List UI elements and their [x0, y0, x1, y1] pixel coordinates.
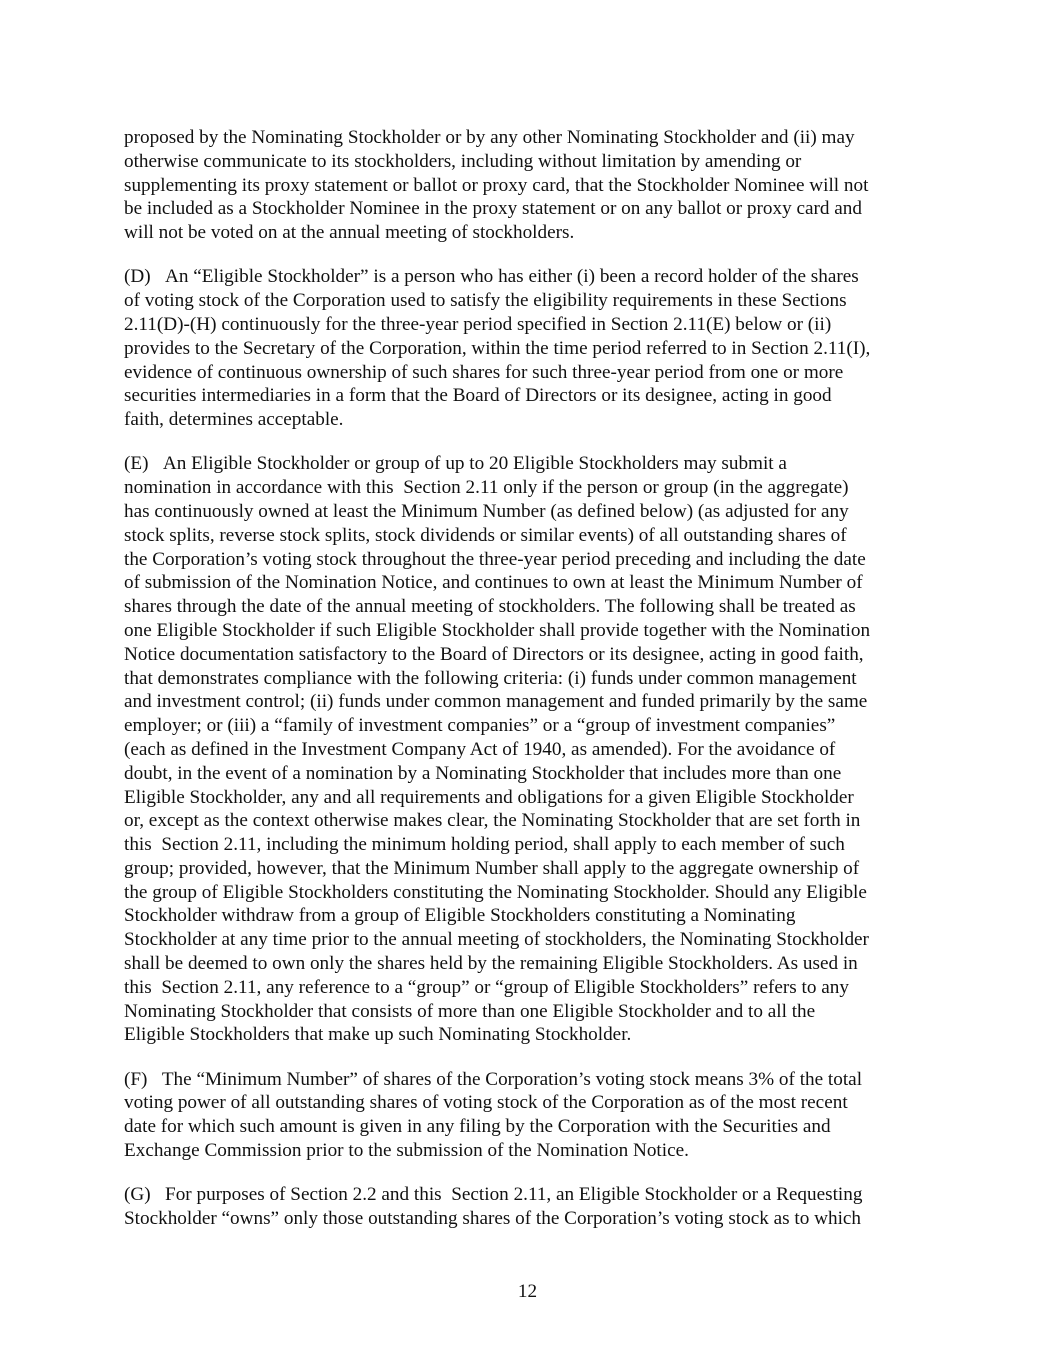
- text-line: Stockholder “owns” only those outstandin…: [124, 1207, 944, 1231]
- document-page-body: proposed by the Nominating Stockholder o…: [124, 126, 944, 1231]
- text-line: has continuously owned at least the Mini…: [124, 500, 944, 524]
- text-line: (G) For purposes of Section 2.2 and this…: [124, 1183, 944, 1207]
- text-line: doubt, in the event of a nomination by a…: [124, 762, 944, 786]
- text-line: or, except as the context otherwise make…: [124, 809, 944, 833]
- text-line: (each as defined in the Investment Compa…: [124, 738, 944, 762]
- text-line: 2.11(D)-(H) continuously for the three-y…: [124, 313, 944, 337]
- text-line: proposed by the Nominating Stockholder o…: [124, 126, 944, 150]
- text-line: securities intermediaries in a form that…: [124, 384, 944, 408]
- text-line: Eligible Stockholders that make up such …: [124, 1023, 944, 1047]
- text-line: Eligible Stockholder, any and all requir…: [124, 786, 944, 810]
- text-line: of voting stock of the Corporation used …: [124, 289, 944, 313]
- text-line: stock splits, reverse stock splits, stoc…: [124, 524, 944, 548]
- text-line: Notice documentation satisfactory to the…: [124, 643, 944, 667]
- text-line: that demonstrates compliance with the fo…: [124, 667, 944, 691]
- page-number: 12: [0, 1281, 1055, 1303]
- text-line: voting power of all outstanding shares o…: [124, 1091, 944, 1115]
- paragraph-continuation: proposed by the Nominating Stockholder o…: [124, 126, 944, 245]
- paragraph-g-ownership: (G) For purposes of Section 2.2 and this…: [124, 1183, 944, 1231]
- text-line: nomination in accordance with this Secti…: [124, 476, 944, 500]
- text-line: employer; or (iii) a “family of investme…: [124, 714, 944, 738]
- text-line: group; provided, however, that the Minim…: [124, 857, 944, 881]
- text-line: shares through the date of the annual me…: [124, 595, 944, 619]
- text-line: one Eligible Stockholder if such Eligibl…: [124, 619, 944, 643]
- text-line: of submission of the Nomination Notice, …: [124, 571, 944, 595]
- text-line: shall be deemed to own only the shares h…: [124, 952, 944, 976]
- paragraph-f-minimum-number: (F) The “Minimum Number” of shares of th…: [124, 1068, 944, 1163]
- text-line: will not be voted on at the annual meeti…: [124, 221, 944, 245]
- text-line: be included as a Stockholder Nominee in …: [124, 197, 944, 221]
- text-line: this Section 2.11, any reference to a “g…: [124, 976, 944, 1000]
- text-line: the Corporation’s voting stock throughou…: [124, 548, 944, 572]
- text-line: and investment control; (ii) funds under…: [124, 690, 944, 714]
- text-line: this Section 2.11, including the minimum…: [124, 833, 944, 857]
- paragraph-d-eligible-stockholder: (D) An “Eligible Stockholder” is a perso…: [124, 265, 944, 432]
- paragraph-e-group-nomination: (E) An Eligible Stockholder or group of …: [124, 452, 944, 1047]
- text-line: (F) The “Minimum Number” of shares of th…: [124, 1068, 944, 1092]
- text-line: (D) An “Eligible Stockholder” is a perso…: [124, 265, 944, 289]
- text-line: otherwise communicate to its stockholder…: [124, 150, 944, 174]
- text-line: date for which such amount is given in a…: [124, 1115, 944, 1139]
- text-line: faith, determines acceptable.: [124, 408, 944, 432]
- text-line: Stockholder withdraw from a group of Eli…: [124, 904, 944, 928]
- text-line: Stockholder at any time prior to the ann…: [124, 928, 944, 952]
- text-line: Nominating Stockholder that consists of …: [124, 1000, 944, 1024]
- text-line: supplementing its proxy statement or bal…: [124, 174, 944, 198]
- text-line: (E) An Eligible Stockholder or group of …: [124, 452, 944, 476]
- text-line: the group of Eligible Stockholders const…: [124, 881, 944, 905]
- text-line: Exchange Commission prior to the submiss…: [124, 1139, 944, 1163]
- text-line: provides to the Secretary of the Corpora…: [124, 337, 944, 361]
- text-line: evidence of continuous ownership of such…: [124, 361, 944, 385]
